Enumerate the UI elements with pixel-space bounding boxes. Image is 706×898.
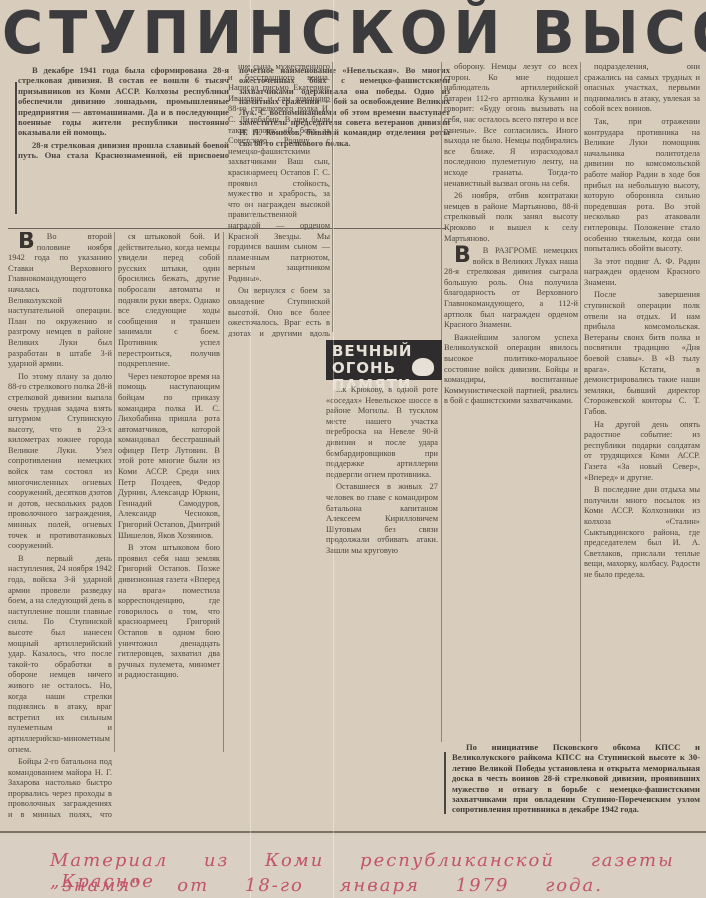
paragraph: подразделения, они сражались на самых тр… xyxy=(584,62,700,115)
paragraph: ВВ РАЗГРОМЕ немецких войск в Великих Лук… xyxy=(444,246,578,331)
paragraph: После завершения ступинской операции пол… xyxy=(584,290,700,417)
lead-sidebar-rule xyxy=(15,82,17,214)
paragraph: В этом штыковом бою проявил себя наш зем… xyxy=(118,543,220,681)
column-divider xyxy=(441,62,442,742)
memorial-note-text: По инициативе Псковского обкома КПСС и В… xyxy=(452,742,700,815)
article-column-5: подразделения, они сражались на самых тр… xyxy=(584,62,700,740)
paragraph: 26 ноября, отбив контратаки немцев в рай… xyxy=(444,191,578,244)
newspaper-clipping: НА СТУПИНСКОЙ ВЫСОТЕ В декабре 1941 года… xyxy=(0,0,706,835)
paper-fold xyxy=(333,0,334,898)
column-divider xyxy=(580,62,581,742)
article-column-3-bottom: ...к Крюкову, в одной роте «соседах» Нев… xyxy=(326,385,438,825)
headline: НА СТУПИНСКОЙ ВЫСОТЕ xyxy=(6,3,702,64)
memorial-note-rule xyxy=(444,752,446,814)
paragraph: За этот подвиг А. Ф. Радин награжден орд… xyxy=(584,257,700,289)
paragraph: Через некоторое время на помощь наступаю… xyxy=(118,372,220,542)
article-column-4: оборону. Немцы лезут со всех сторон. Ко … xyxy=(444,62,578,740)
paragraph: На другой день опять радостное событие: … xyxy=(584,420,700,484)
paragraph: По этому плану за долю 88-го стрелкового… xyxy=(8,372,112,552)
paragraph: Оставшиеся в живых 27 человек во главе с… xyxy=(326,482,438,556)
lead-paragraph-1: В декабре 1941 года была сформирована 28… xyxy=(18,65,229,138)
article-column-2: ся штыковой бой. И действительно, когда … xyxy=(118,232,220,822)
paragraph: Важнейшим залогом успеха Великолукской о… xyxy=(444,333,578,407)
paragraph: ВВо второй половине ноября 1942 года по … xyxy=(8,232,112,370)
paragraph: Он вернулся с боем за овладение Ступинск… xyxy=(228,286,330,337)
paragraph: ...к Крюкову, в одной роте «соседах» Нев… xyxy=(326,385,438,480)
paragraph: В первый день наступления, 24 ноября 194… xyxy=(8,554,112,755)
drop-cap: В xyxy=(8,232,35,252)
column-divider xyxy=(223,232,224,752)
article-column-3-top: ние сына, мужественного и бесстрашного в… xyxy=(228,62,330,337)
drop-cap: В xyxy=(444,246,471,266)
article-column-1: ВВо второй половине ноября 1942 года по … xyxy=(8,232,112,822)
paper-fold xyxy=(250,0,251,898)
paragraph: Так, при отражении контрудара противника… xyxy=(584,117,700,255)
paragraph: В последние дни отдыха мы получили много… xyxy=(584,485,700,580)
handwritten-note-line-2: знамя" от 18-го января 1979 года. xyxy=(62,875,706,896)
eternal-flame-image: ВЕЧНЫЙ ОГОНЬ ПАМЯТИ xyxy=(326,340,442,380)
column-divider xyxy=(114,232,115,752)
paragraph: оборону. Немцы лезут со всех сторон. Ко … xyxy=(444,62,578,189)
clipping-bottom-edge xyxy=(0,831,706,833)
paragraph: Бойцы 2-го батальона под командованием м… xyxy=(8,757,112,822)
memorial-note: По инициативе Псковского обкома КПСС и В… xyxy=(452,742,700,824)
paragraph: ся штыковой бой. И действительно, когда … xyxy=(118,232,220,370)
paragraph: ние сына, мужественного и бесстрашного в… xyxy=(228,62,330,284)
flame-icon xyxy=(412,358,434,376)
lead-bottom-rule xyxy=(8,228,446,229)
